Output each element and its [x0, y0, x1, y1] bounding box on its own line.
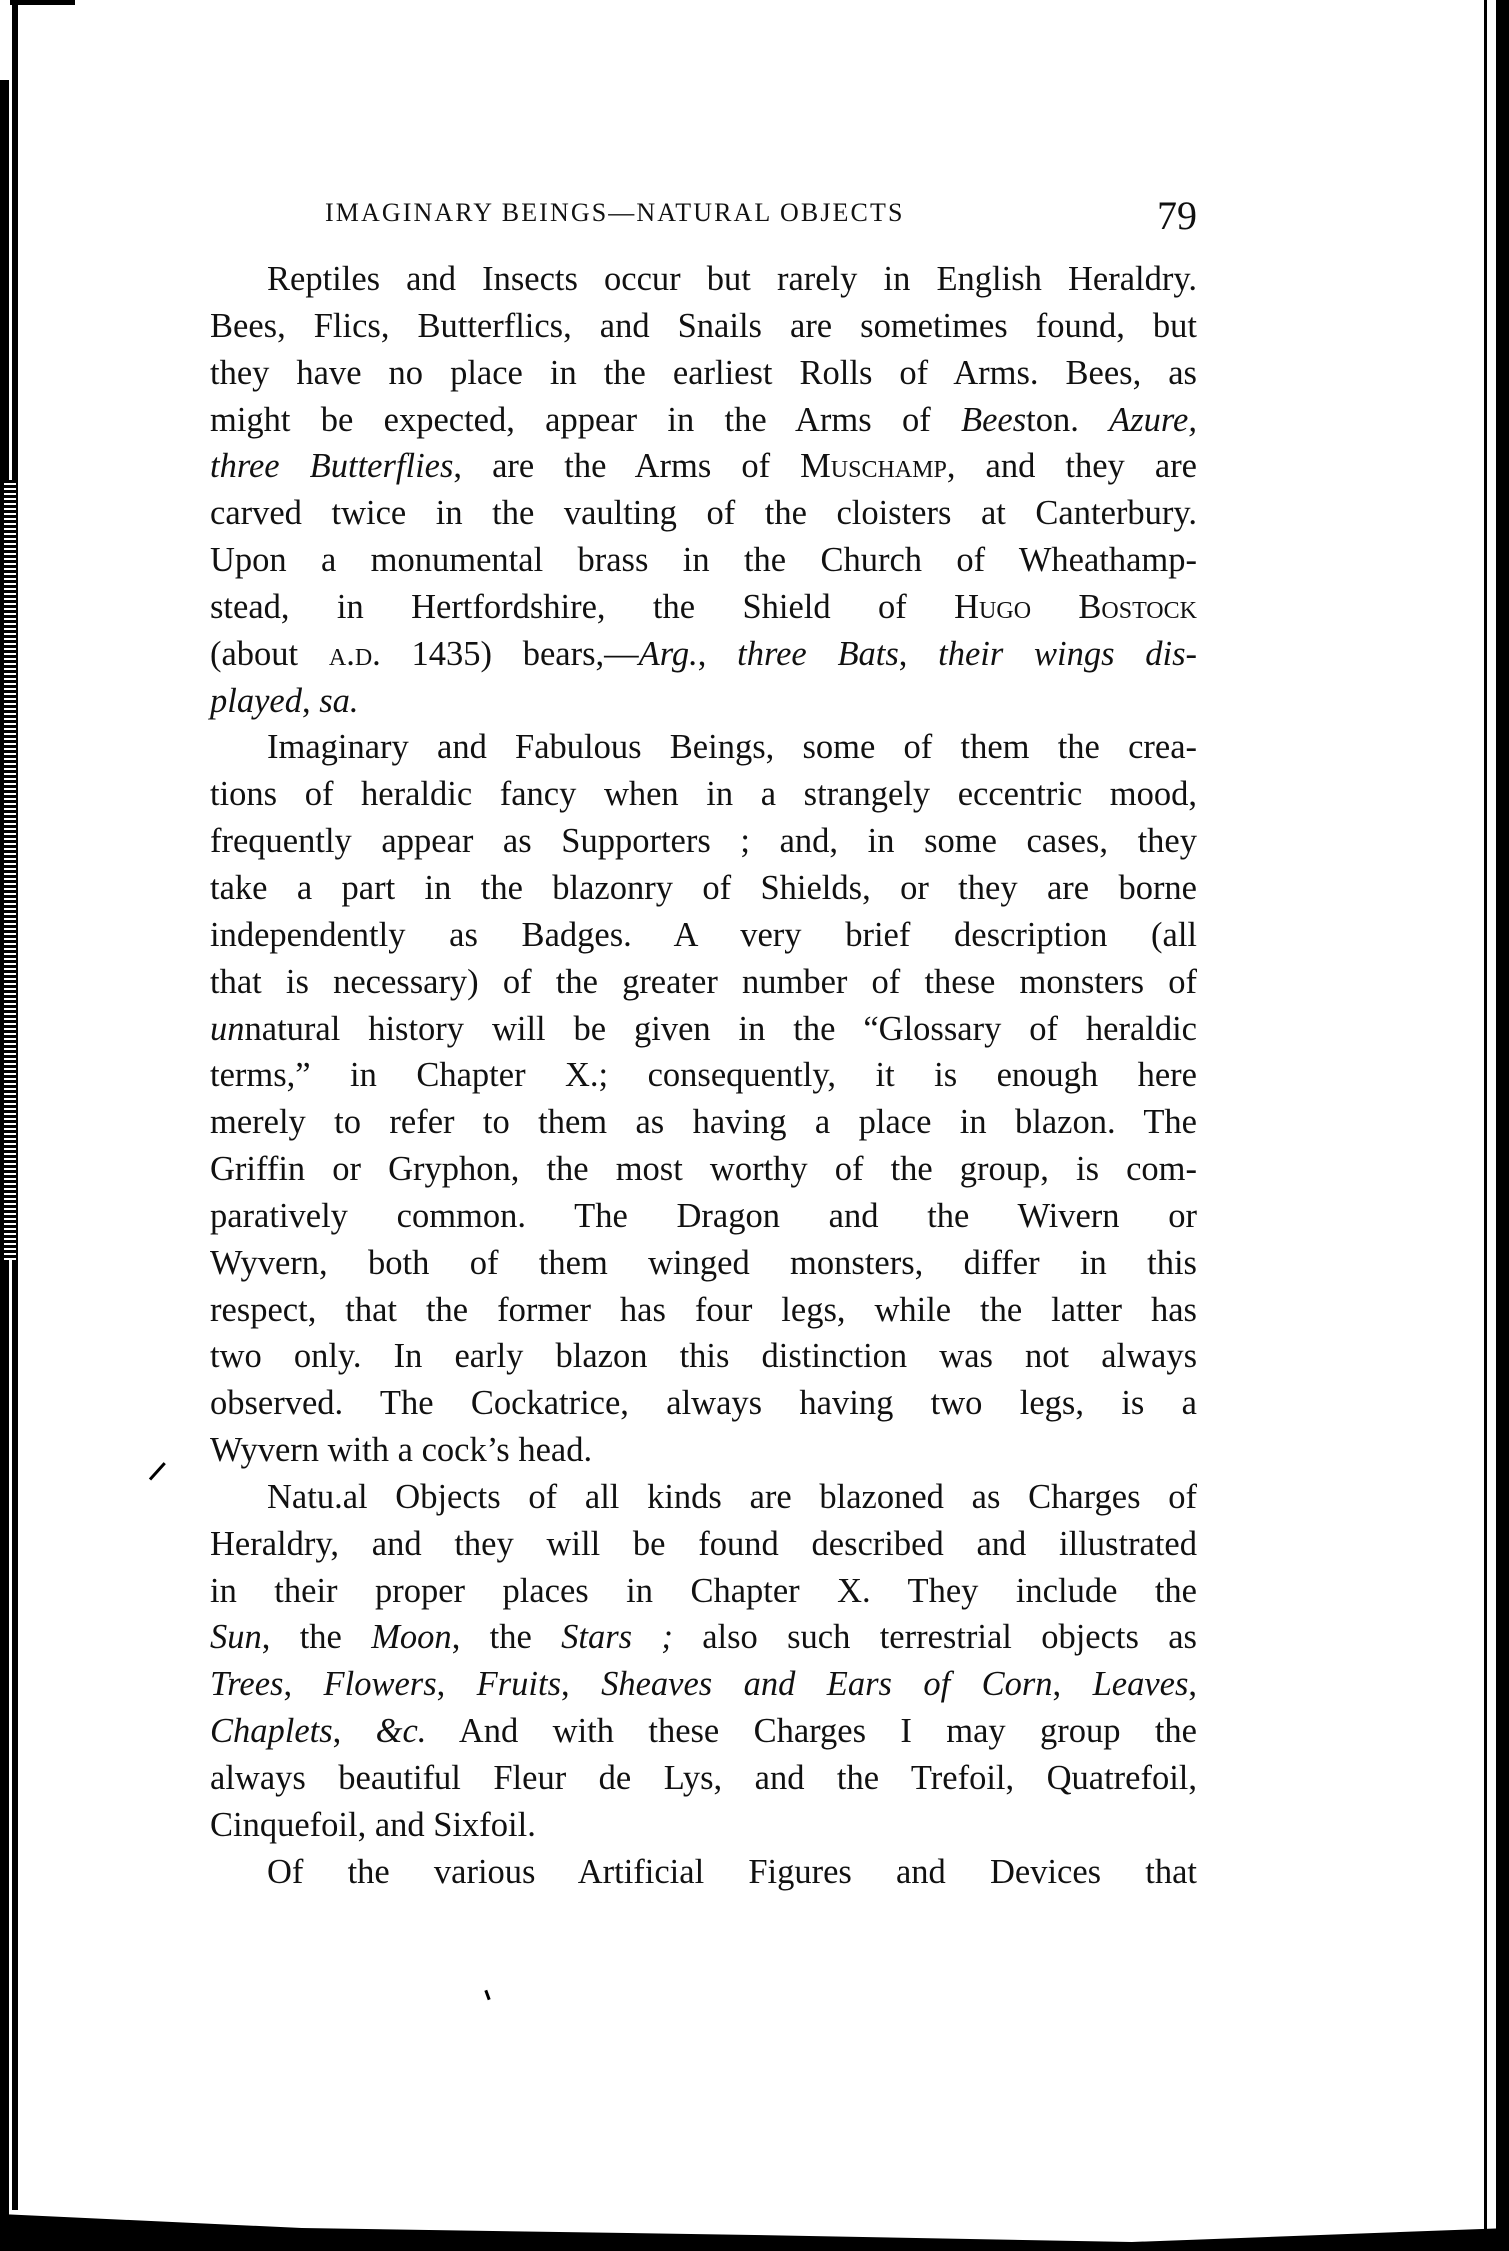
text-run: observed. The Cockatrice, always having …: [210, 1384, 1197, 1422]
text-line: terms,” in Chapter X.; consequently, it …: [210, 1052, 1197, 1099]
text-run: terms,” in Chapter X.; consequently, it …: [210, 1056, 1197, 1094]
text-line: paratively common. The Dragon and the Wi…: [210, 1193, 1197, 1240]
text-line: Bees, Flics, Butterflics, and Snails are…: [210, 303, 1197, 350]
scan-border-top: [10, 0, 75, 5]
text-line: they have no place in the earliest Rolls…: [210, 350, 1197, 397]
italic-run: Trees: [210, 1665, 283, 1703]
text-line: Wyvern with a cock’s head.: [210, 1427, 1197, 1474]
text-run: ,: [899, 635, 938, 673]
text-line: Sun, the Moon, the Stars ; also such ter…: [210, 1614, 1197, 1661]
italic-run: &c.: [376, 1712, 427, 1750]
italic-run: Sheaves and Ears of Corn: [601, 1665, 1052, 1703]
text-line: tions of heraldic fancy when in a strang…: [210, 771, 1197, 818]
text-run: 1435) bears,—: [381, 635, 639, 673]
text-line: in their proper places in Chapter X. The…: [210, 1568, 1197, 1615]
text-run: Griffin or Gryphon, the most worthy of t…: [210, 1150, 1197, 1188]
italic-run: Azure,: [1109, 401, 1197, 439]
text-run: respect, that the former has four legs, …: [210, 1291, 1197, 1329]
text-run: paratively common. The Dragon and the Wi…: [210, 1197, 1197, 1235]
text-line: stead, in Hertfordshire, the Shield of H…: [210, 584, 1197, 631]
text-run: ,: [1053, 1665, 1093, 1703]
text-run: take a part in the blazonry of Shields, …: [210, 869, 1197, 907]
text-line: three Butterflies, are the Arms of Musch…: [210, 443, 1197, 490]
small-caps-run: Muschamp: [800, 447, 947, 485]
text-line: always beautiful Fleur de Lys, and the T…: [210, 1755, 1197, 1802]
italic-run: Stars ;: [561, 1618, 673, 1656]
text-run: stead, in Hertfordshire, the Shield of: [210, 588, 954, 626]
italic-run: Fruits: [477, 1665, 561, 1703]
text-run: carved twice in the vaulting of the cloi…: [210, 494, 1197, 532]
italic-run: three Bats: [737, 635, 899, 673]
text-run: Upon a monumental brass in the Church of…: [210, 541, 1197, 579]
italic-run: sa.: [319, 682, 358, 720]
text-line: respect, that the former has four legs, …: [210, 1287, 1197, 1334]
text-line: observed. The Cockatrice, always having …: [210, 1380, 1197, 1427]
text-run: always beautiful Fleur de Lys, and the T…: [210, 1759, 1197, 1797]
italic-run: Bees: [961, 401, 1026, 439]
text-line: Heraldry, and they will be found describ…: [210, 1521, 1197, 1568]
text-run: Of the various Artificial Figures and De…: [267, 1853, 1197, 1891]
text-line: Chaplets, &c. And with these Charges I m…: [210, 1708, 1197, 1755]
text-line: Natu.al Objects of all kinds are blazone…: [210, 1474, 1197, 1521]
text-run: Reptiles and Insects occur but rarely in…: [267, 260, 1197, 298]
scan-border-right: [1496, 0, 1509, 2251]
text-line: independently as Badges. A very brief de…: [210, 912, 1197, 959]
text-run: Natu.al Objects of all kinds are blazone…: [267, 1478, 1197, 1516]
text-run: , are the Arms of: [453, 447, 800, 485]
text-line: carved twice in the vaulting of the cloi…: [210, 490, 1197, 537]
text-line: frequently appear as Supporters ; and, i…: [210, 818, 1197, 865]
text-run: in their proper places in Chapter X. The…: [210, 1572, 1197, 1610]
pen-mark: [149, 1462, 166, 1480]
running-head-title: IMAGINARY BEINGS—NATURAL OBJECTS: [325, 198, 905, 228]
text-line: Imaginary and Fabulous Beings, some of t…: [210, 724, 1197, 771]
italic-run: played: [210, 682, 302, 720]
text-run: , the: [262, 1618, 371, 1656]
scan-border-left-noise: [4, 480, 16, 1260]
text-line: Of the various Artificial Figures and De…: [210, 1849, 1197, 1896]
text-run: natural history will be given in the “Gl…: [245, 1010, 1198, 1048]
text-run: ,: [302, 682, 319, 720]
running-head: IMAGINARY BEINGS—NATURAL OBJECTS 79: [325, 196, 1197, 236]
small-caps-run: a.d.: [329, 635, 381, 673]
text-line: Wyvern, both of them winged monsters, di…: [210, 1240, 1197, 1287]
text-line: (about a.d. 1435) bears,—Arg., three Bat…: [210, 631, 1197, 678]
text-run: Imaginary and Fabulous Beings, some of t…: [267, 728, 1197, 766]
page-number: 79: [1157, 192, 1197, 239]
italic-run: un: [210, 1010, 245, 1048]
page-edge-right: [1484, 0, 1487, 2230]
text-run: ,: [333, 1712, 376, 1750]
body-text: Reptiles and Insects occur but rarely in…: [210, 256, 1197, 1896]
text-line: might be expected, appear in the Arms of…: [210, 397, 1197, 444]
italic-run: Chaplets: [210, 1712, 333, 1750]
italic-run: Sun: [210, 1618, 262, 1656]
text-line: unnatural history will be given in the “…: [210, 1006, 1197, 1053]
scan-border-bottom: [0, 2208, 1509, 2251]
text-line: two only. In early blazon this distincti…: [210, 1333, 1197, 1380]
italic-run: Flowers: [324, 1665, 437, 1703]
text-run: Bees, Flics, Butterflics, and Snails are…: [210, 307, 1197, 345]
text-run: Heraldry, and they will be found describ…: [210, 1525, 1197, 1563]
text-run: ,: [1188, 1665, 1197, 1703]
text-run: Wyvern with a cock’s head.: [210, 1431, 592, 1469]
stray-mark: [484, 1990, 490, 2000]
text-run: , the: [452, 1618, 561, 1656]
italic-run: Leaves: [1093, 1665, 1189, 1703]
text-run: two only. In early blazon this distincti…: [210, 1337, 1197, 1375]
text-line: take a part in the blazonry of Shields, …: [210, 865, 1197, 912]
italic-run: Moon: [371, 1618, 452, 1656]
italic-run: their wings dis-: [938, 635, 1197, 673]
text-run: Cinquefoil, and Sixfoil.: [210, 1806, 536, 1844]
text-run: ton.: [1026, 401, 1109, 439]
text-line: Griffin or Gryphon, the most worthy of t…: [210, 1146, 1197, 1193]
text-line: Upon a monumental brass in the Church of…: [210, 537, 1197, 584]
text-run: ,: [561, 1665, 601, 1703]
text-line: played, sa.: [210, 678, 1197, 725]
text-run: Wyvern, both of them winged monsters, di…: [210, 1244, 1197, 1282]
text-run: tions of heraldic fancy when in a strang…: [210, 775, 1197, 813]
text-line: Reptiles and Insects occur but rarely in…: [210, 256, 1197, 303]
small-caps-run: Hugo Bostock: [954, 588, 1197, 626]
text-run: might be expected, appear in the Arms of: [210, 401, 961, 439]
italic-run: Arg.: [639, 635, 698, 673]
text-run: (about: [210, 635, 329, 673]
text-run: also such terrestrial objects as: [673, 1618, 1197, 1656]
text-run: merely to refer to them as having a plac…: [210, 1103, 1197, 1141]
text-line: merely to refer to them as having a plac…: [210, 1099, 1197, 1146]
text-run: they have no place in the earliest Rolls…: [210, 354, 1197, 392]
text-run: And with these Charges I may group the: [426, 1712, 1197, 1750]
text-run: , and they are: [947, 447, 1197, 485]
text-run: that is necessary) of the greater number…: [210, 963, 1197, 1001]
italic-run: three Butterflies: [210, 447, 453, 485]
text-line: Cinquefoil, and Sixfoil.: [210, 1802, 1197, 1849]
text-run: frequently appear as Supporters ; and, i…: [210, 822, 1197, 860]
text-line: that is necessary) of the greater number…: [210, 959, 1197, 1006]
text-run: ,: [698, 635, 737, 673]
text-run: independently as Badges. A very brief de…: [210, 916, 1197, 954]
text-run: ,: [437, 1665, 477, 1703]
text-run: ,: [283, 1665, 323, 1703]
text-line: Trees, Flowers, Fruits, Sheaves and Ears…: [210, 1661, 1197, 1708]
